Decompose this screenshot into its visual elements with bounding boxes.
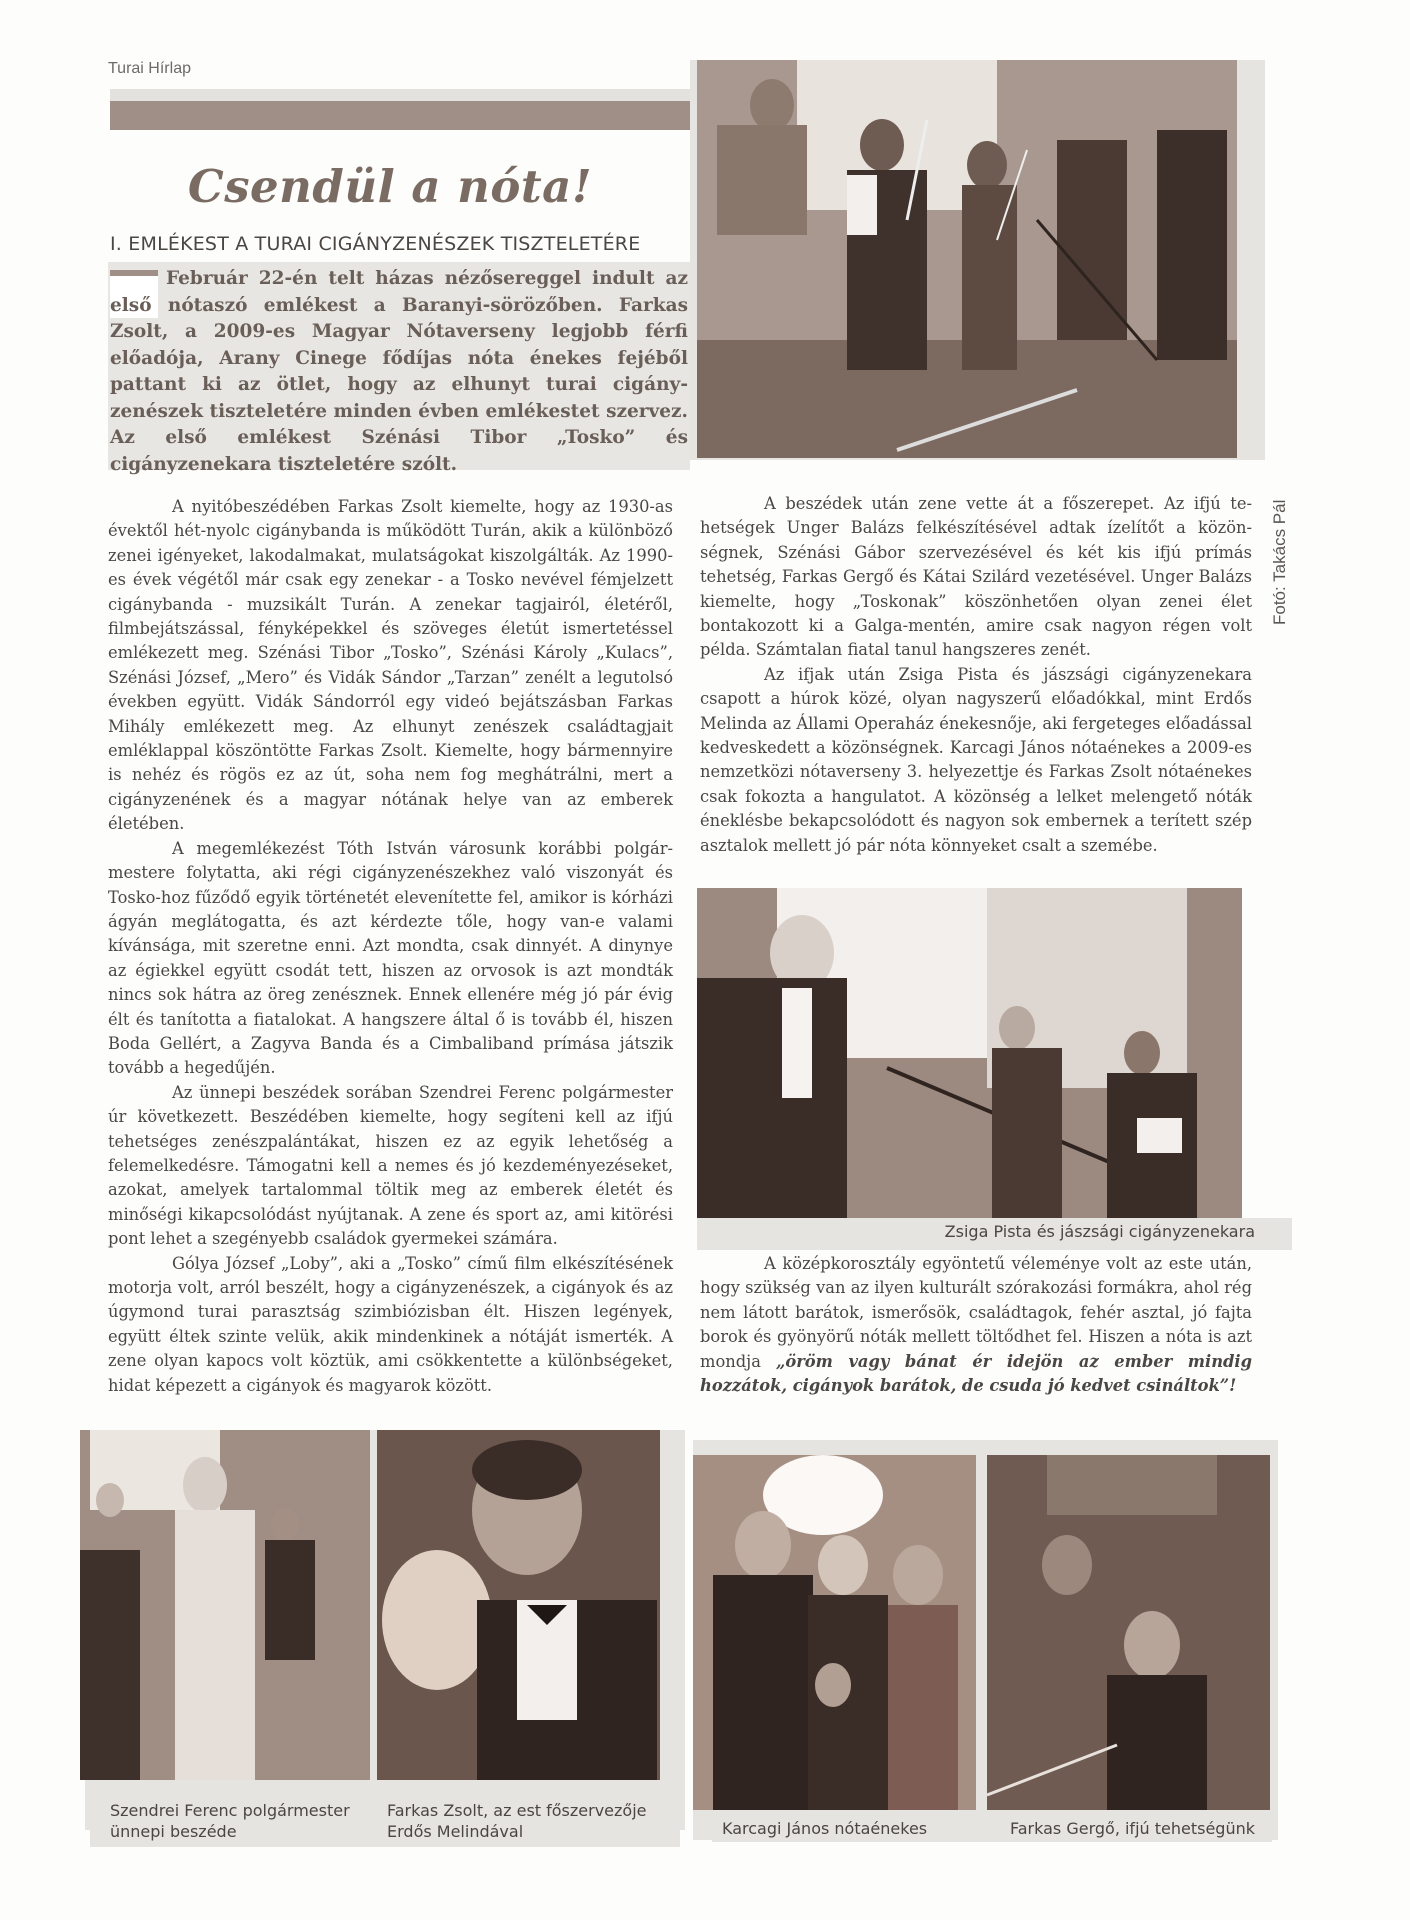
group-image-icon: [693, 1455, 976, 1810]
young-violinist-image-icon: [987, 1455, 1270, 1810]
article-lead: Február 22-én telt házas nézősereggel in…: [110, 266, 688, 478]
paragraph: Az ünnepi beszédek sorában Szendrei Fere…: [108, 1081, 673, 1252]
couple-image-icon: [377, 1430, 660, 1780]
paragraph: A nyitóbeszédében Farkas Zsolt kiemelte,…: [108, 495, 673, 837]
caption-zsiga-pista: Zsiga Pista és jászsági cigányzenekara: [700, 1222, 1255, 1241]
left-column: A nyitóbeszédében Farkas Zsolt kiemelte,…: [108, 495, 673, 1398]
photo-farkas-zsolt-erdos-melinda: [377, 1430, 660, 1780]
band-image-icon: [697, 888, 1242, 1218]
speaker-image-icon: [80, 1430, 370, 1780]
article-title: Csendül a nóta!: [180, 160, 600, 213]
closing-quote: „öröm vagy bánat ér idejön az ember mind…: [700, 1352, 1252, 1395]
photo-young-violinists: [697, 60, 1237, 458]
photo-farkas-gergo: [987, 1455, 1270, 1810]
right-column-top: A beszédek után zene vette át a főszerep…: [700, 492, 1252, 858]
paragraph: Gólya József „Loby”, aki a „Tosko” című …: [108, 1252, 673, 1398]
right-column-bottom: A középkorosztály egyöntetű véleménye vo…: [700, 1252, 1252, 1398]
photo-szendrei-ferenc: [80, 1430, 370, 1780]
photo-karcagi-janos: [693, 1455, 976, 1810]
newspaper-name: Turai Hírlap: [108, 60, 191, 78]
caption-farkas-gergo: Farkas Gergő, ifjú tehetségünk: [1010, 1818, 1270, 1839]
paragraph: A beszédek után zene vette át a főszerep…: [700, 492, 1252, 663]
violinists-image-icon: [697, 60, 1237, 458]
article-subtitle: I. EMLÉKEST A TURAI CIGÁNYZENÉSZEK TISZT…: [110, 233, 670, 255]
caption-farkas-zsolt: Farkas Zsolt, az est főszervezője Erdős …: [387, 1800, 667, 1842]
header-band: [110, 89, 710, 130]
paragraph: A megemlékezést Tóth István városunk kor…: [108, 837, 673, 1081]
photo-zsiga-pista-band: [697, 888, 1242, 1218]
caption-szendrei-ferenc: Szendrei Ferenc polgármester ünnepi besz…: [110, 1800, 375, 1842]
caption-karcagi-janos: Karcagi János nótaénekes: [722, 1818, 972, 1839]
paragraph: Az ifjak után Zsiga Pista és jászsági ci…: [700, 663, 1252, 858]
photo-credit: Fotó: Takács Pál: [1270, 485, 1292, 625]
paragraph: A középkorosztály egyöntetű véleménye vo…: [700, 1252, 1252, 1398]
